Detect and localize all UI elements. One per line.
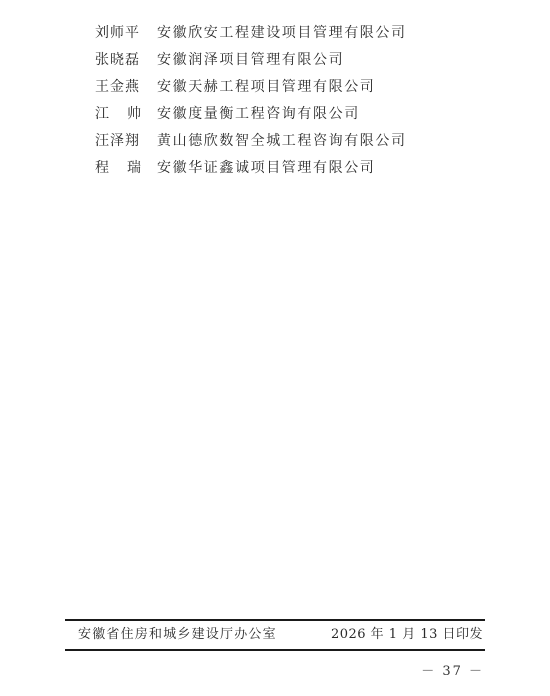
list-item: 汪泽翔 黄山德欣数智全城工程咨询有限公司: [95, 128, 407, 155]
footer-bottom-rule: [65, 649, 485, 651]
organization-name: 安徽天赫工程项目管理有限公司: [157, 74, 375, 101]
organization-name: 安徽润泽项目管理有限公司: [157, 47, 344, 74]
person-name: 汪泽翔: [95, 128, 157, 155]
person-name: 刘师平: [95, 20, 157, 47]
issuer-name: 安徽省住房和城乡建设厅办公室: [78, 622, 277, 648]
list-item: 刘师平 安徽欣安工程建设项目管理有限公司: [95, 20, 407, 47]
footer-top-rule: [65, 619, 485, 621]
organization-name: 安徽华证鑫诚项目管理有限公司: [157, 155, 375, 182]
name-char: 江: [95, 101, 109, 128]
list-item: 张晓磊 安徽润泽项目管理有限公司: [95, 47, 407, 74]
list-item: 王金燕 安徽天赫工程项目管理有限公司: [95, 74, 407, 101]
personnel-list: 刘师平 安徽欣安工程建设项目管理有限公司 张晓磊 安徽润泽项目管理有限公司 王金…: [95, 20, 407, 182]
list-item: 江 帅 安徽度量衡工程咨询有限公司: [95, 101, 407, 128]
person-name: 程 瑞: [95, 155, 141, 182]
organization-name: 黄山德欣数智全城工程咨询有限公司: [157, 128, 407, 155]
list-item: 程 瑞 安徽华证鑫诚项目管理有限公司: [95, 155, 407, 182]
issuance-footer: 安徽省住房和城乡建设厅办公室 2026 年 1 月 13 日印发: [78, 622, 483, 648]
person-name: 江 帅: [95, 101, 141, 128]
name-char: 瑞: [127, 155, 141, 182]
organization-name: 安徽度量衡工程咨询有限公司: [157, 101, 360, 128]
person-name: 张晓磊: [95, 47, 157, 74]
person-name: 王金燕: [95, 74, 157, 101]
page-number: － 37 －: [421, 660, 484, 679]
issue-date: 2026 年 1 月 13 日印发: [331, 622, 483, 648]
name-char: 帅: [127, 101, 141, 128]
organization-name: 安徽欣安工程建设项目管理有限公司: [157, 20, 407, 47]
name-char: 程: [95, 155, 109, 182]
